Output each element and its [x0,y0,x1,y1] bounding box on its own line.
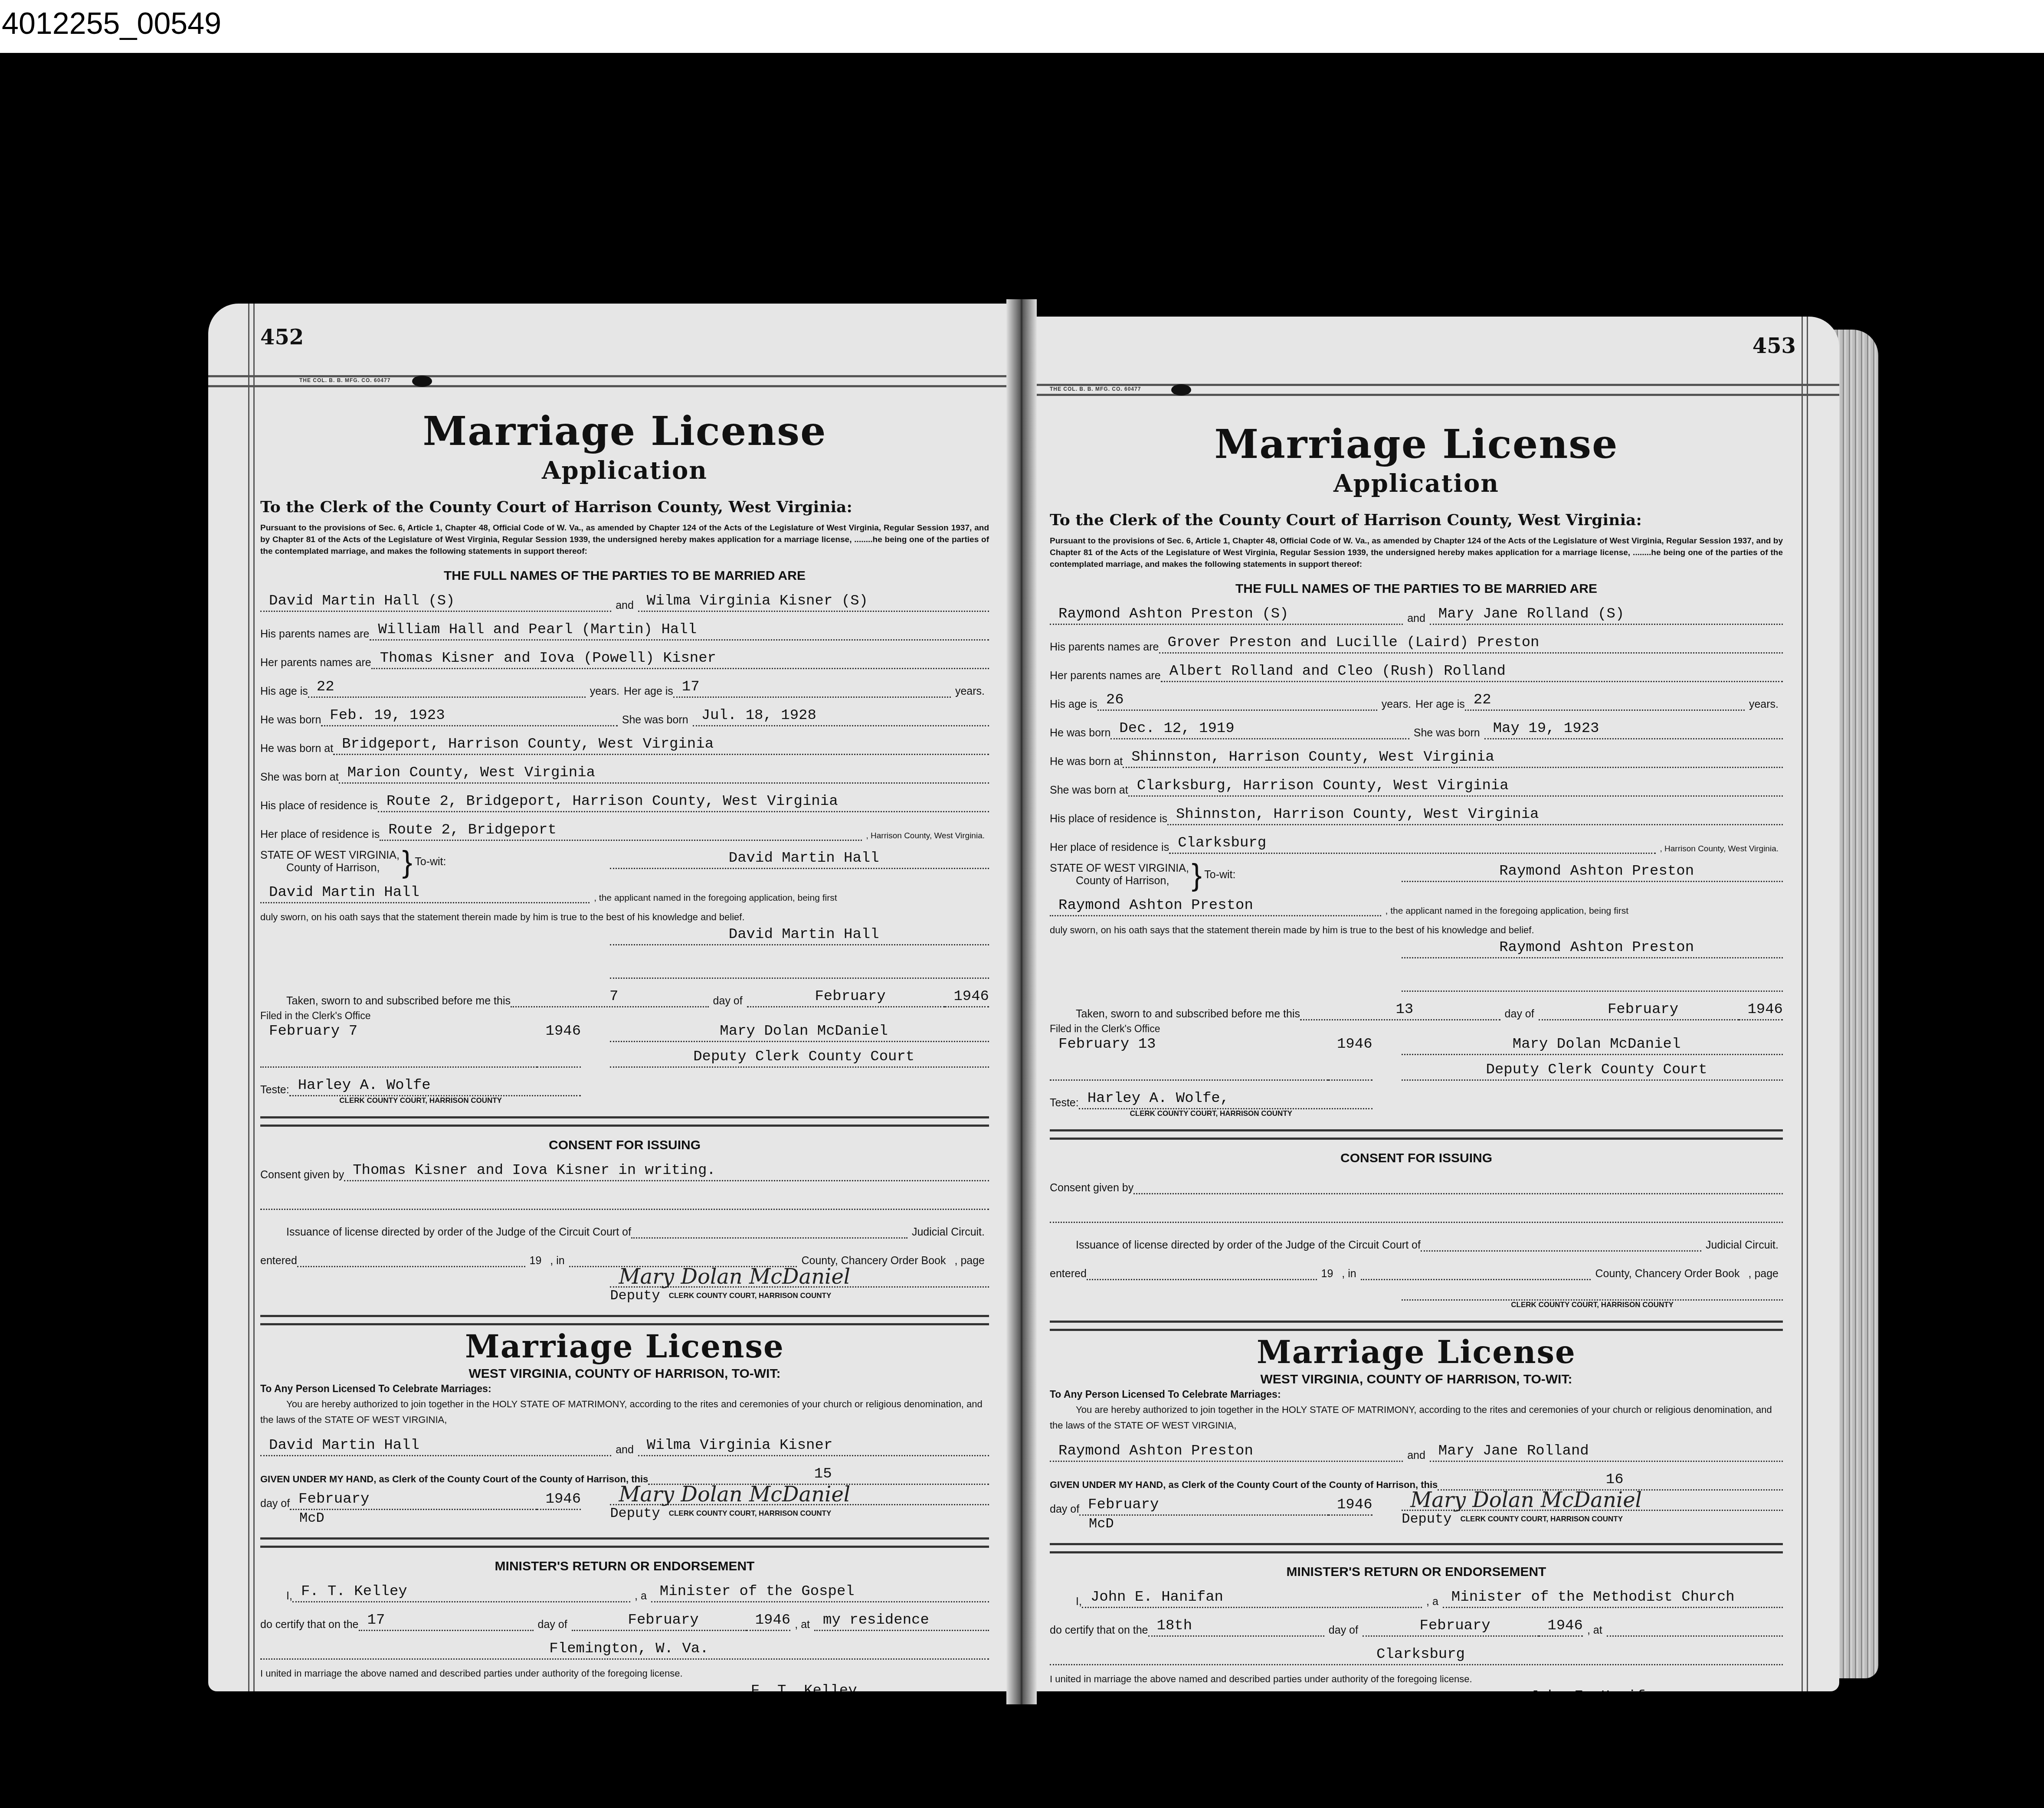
she-born-field[interactable]: Jul. 18, 1928 [693,706,989,726]
oath-section: STATE OF WEST VIRGINIA, County of Harris… [260,849,989,875]
he-born-at-row: He was born at Bridgeport, Harrison Coun… [260,732,989,755]
sworn-year-field[interactable]: 1946 [1739,1000,1783,1020]
he-born-label: He was born [260,714,321,726]
united-text: I united in marriage the above named and… [1050,1671,1783,1687]
she-born-field[interactable]: May 19, 1923 [1484,719,1783,739]
address-line: To the Clerk of the County Court of Harr… [1050,511,1783,529]
applicant-signature-field[interactable]: David Martin Hall [610,849,989,869]
consent-signature-row: CLERK COUNTY COURT, HARRISON COUNTY [1050,1280,1783,1309]
clerk-initials: McD [1050,1516,1372,1532]
teste-row: Teste: Harley A. Wolfe [260,1074,581,1096]
given-row: GIVEN UNDER MY HAND, as Clerk of the Cou… [260,1462,989,1485]
oath-signature-field[interactable]: David Martin Hall [610,925,989,945]
license-subtitle: WEST VIRGINIA, COUNTY OF HARRISON, TO-WI… [260,1367,989,1381]
consent-signature[interactable] [1402,1280,1783,1301]
his-parents-field[interactable]: Grover Preston and Lucille (Laird) Prest… [1159,633,1783,654]
state-block: STATE OF WEST VIRGINIA, County of Harris… [1050,862,1236,888]
consent-row-2 [260,1187,989,1210]
bullet-ornament [1171,384,1191,396]
filed-row: February 131946 Mary Dolan McDaniel Depu… [1050,1035,1783,1081]
and-label: and [616,1444,634,1456]
issuance-row: Issuance of license directed by order of… [260,1216,989,1239]
form-content: Marriage License Application To the Cler… [1050,416,1783,1691]
her-parents-label: Her parents names are [1050,670,1161,682]
his-age-field[interactable]: 22 [308,677,586,698]
clerk-caption: CLERK COUNTY COURT, HARRISON COUNTY [669,1509,832,1518]
consent-row-2 [1050,1200,1783,1223]
and-label: and [1407,1449,1425,1462]
applicant-row: David Martin Hall , the applicant named … [260,881,989,903]
license-title: Marriage License [260,1328,989,1365]
consent-signature-row: Mary Dolan McDaniel DeputyCLERK COUNTY C… [260,1267,989,1304]
she-born-at-row: She was born at Clarksburg, Harrison Cou… [1050,774,1783,797]
ceremony-year-field[interactable]: 1946 [747,1611,791,1631]
minister-name-row: I, F. T. Kelley , a Minister of the Gosp… [260,1580,989,1602]
united-text: I united in marriage the above named and… [260,1666,989,1681]
in-label: , in [550,1255,564,1267]
section-divider [260,1537,989,1548]
sworn-row: Taken, sworn to and subscribed before me… [260,985,989,1007]
consent-label: Consent given by [260,1169,344,1181]
she-born-at-row: She was born at Marion County, West Virg… [260,761,989,784]
her-residence-field[interactable]: Route 2, Bridgeport [380,821,861,841]
years-label: years. [955,685,985,698]
she-born-label: She was born [622,714,688,726]
ceremony-day-field[interactable]: 18th [1148,1616,1324,1637]
day-of-label: day of [1505,1008,1534,1020]
given-month-field[interactable]: February [1079,1495,1328,1516]
her-age-label: Her age is [1415,698,1465,711]
ledger-book: 452 THE COL. B. B. MFG. CO. 60477 Marria… [191,299,1883,1704]
his-age-label: His age is [260,685,308,698]
license-body: You are hereby authorized to join togeth… [260,1396,989,1428]
her-residence-label: Her place of residence is [260,828,380,841]
form-subtitle: Application [260,456,989,485]
day-of-label: day of [538,1618,567,1631]
given-day-field[interactable]: 16 [1438,1470,1783,1491]
consent-label: Consent given by [1050,1182,1133,1194]
his-residence-label: His place of residence is [1050,813,1167,825]
she-born-at-field[interactable]: Clarksburg, Harrison County, West Virgin… [1128,776,1783,797]
his-residence-row: His place of residence is Route 2, Bridg… [260,790,989,812]
her-residence-label: Her place of residence is [1050,841,1169,854]
license-salutation: To Any Person Licensed To Celebrate Marr… [1050,1389,1783,1400]
county-label: County of Harrison, [260,862,400,874]
he-born-label: He was born [1050,727,1110,739]
towit-label: To-wit: [1204,869,1235,881]
entered-field[interactable] [1087,1260,1317,1280]
filed-date-field[interactable]: February 13 [1050,1035,1328,1081]
his-age-label: His age is [1050,698,1097,711]
years-label: years. [1749,698,1779,711]
license-bride-field[interactable]: Mary Jane Rolland [1430,1442,1783,1462]
nineteen-label: 19 [530,1255,542,1267]
license-groom-field[interactable]: Raymond Ashton Preston [1050,1442,1403,1462]
margin-line [1802,317,1803,1691]
a-label: , a [1426,1595,1438,1608]
ceremony-month-field[interactable]: February [1363,1616,1539,1637]
ceremony-at-field[interactable] [1607,1616,1783,1637]
he-born-field[interactable]: Feb. 19, 1923 [321,706,617,726]
minister-signature-field[interactable]: F. T. Kelley [610,1681,989,1691]
he-born-at-field[interactable]: Bridgeport, Harrison County, West Virgin… [333,735,989,755]
her-parents-field[interactable]: Thomas Kisner and Iova (Powell) Kisner [371,649,989,669]
filed-year-field[interactable]: 1946 [1328,1035,1372,1081]
his-parents-label: His parents names are [260,628,370,641]
ceremony-day-field[interactable]: 17 [359,1611,534,1631]
his-parents-field[interactable]: William Hall and Pearl (Martin) Hall [370,620,989,641]
she-born-label: She was born [1414,727,1480,739]
teste-label: Teste: [260,1084,289,1096]
his-residence-field[interactable]: Shinnston, Harrison County, West Virgini… [1167,805,1783,825]
ceremony-date-row: do certify that on the 18th day of Febru… [1050,1614,1783,1637]
at-label: , at [795,1618,810,1631]
margin-line [248,304,249,1691]
consent-field[interactable]: Thomas Kisner and Iova Kisner in writing… [344,1161,989,1181]
license-parties-row: David Martin Hall and Wilma Virginia Kis… [260,1434,989,1456]
and-label: and [1407,612,1425,625]
he-born-field[interactable]: Dec. 12, 1919 [1110,719,1409,739]
state-label: STATE OF WEST VIRGINIA, [1050,862,1189,875]
sworn-label: Taken, sworn to and subscribed before me… [260,995,511,1007]
nineteen-label: 19 [1321,1268,1333,1280]
sworn-day-field[interactable]: 7 [511,987,709,1007]
form-content: Marriage License Application To the Cler… [260,403,989,1691]
his-residence-label: His place of residence is [260,800,378,812]
applicant-suffix: , the applicant named in the foregoing a… [1386,906,1628,916]
ceremony-at-field[interactable]: my residence [814,1611,989,1631]
bullet-ornament [412,376,432,387]
bride-name-field[interactable]: Mary Jane Rolland (S) [1430,605,1783,625]
he-born-at-field[interactable]: Shinnston, Harrison County, West Virgini… [1123,748,1783,768]
minister-signature-row: F. T. Kelley [260,1681,989,1691]
given-row: GIVEN UNDER MY HAND, as Clerk of the Cou… [1050,1468,1783,1491]
teste-caption: CLERK COUNTY COURT, HARRISON COUNTY [260,1096,581,1105]
state-block: STATE OF WEST VIRGINIA, County of Harris… [260,849,446,875]
clerk-name-field[interactable]: Mary Dolan McDaniel [1402,1035,1783,1055]
page-label: , page [955,1255,985,1267]
filed-row: February 71946 Mary Dolan McDaniel Deput… [260,1022,989,1068]
sworn-label: Taken, sworn to and subscribed before me… [1050,1008,1300,1020]
issuance-label: Issuance of license directed by order of… [1050,1239,1421,1252]
groom-name-field[interactable]: Raymond Ashton Preston (S) [1050,605,1403,625]
county-field[interactable] [1361,1260,1591,1280]
section-divider [260,1116,989,1127]
oath-signature-row: Raymond Ashton Preston [1050,938,1783,992]
applicant-row: Raymond Ashton Preston , the applicant n… [1050,894,1783,916]
clerk-caption: CLERK COUNTY COURT, HARRISON COUNTY [1402,1301,1783,1309]
minister-name-field[interactable]: F. T. Kelley [292,1582,630,1602]
oath-text: duly sworn, on his oath says that the st… [1050,922,1783,938]
issuance-row: Issuance of license directed by order of… [1050,1229,1783,1252]
and-label: and [616,599,634,612]
entered-label: entered [260,1255,297,1267]
printer-mark: THE COL. B. B. MFG. CO. 60477 [1050,386,1141,392]
printer-mark: THE COL. B. B. MFG. CO. 60477 [299,377,390,383]
sworn-month-field[interactable]: February [1539,1000,1739,1020]
ceremony-place-field[interactable]: Flemington, W. Va. [260,1639,989,1660]
minister-heading: MINISTER'S RETURN OR ENDORSEMENT [1050,1565,1783,1579]
page-452: 452 THE COL. B. B. MFG. CO. 60477 Marria… [208,304,1015,1691]
section-divider [260,1315,989,1325]
page-453: 453 THE COL. B. B. MFG. CO. 60477 Marria… [1032,317,1839,1691]
years-label: years. [590,685,619,698]
she-born-at-label: She was born at [260,771,339,784]
judicial-circuit-label: Judicial Circuit. [912,1226,985,1239]
given-date-row: day ofFebruary1946 McD Mary Dolan McDani… [260,1485,989,1526]
clerk-title-field[interactable]: Deputy Clerk County Court [1402,1060,1783,1081]
parties-heading: THE FULL NAMES OF THE PARTIES TO BE MARR… [260,569,989,583]
teste-caption: CLERK COUNTY COURT, HARRISON COUNTY [1050,1109,1372,1118]
given-label: GIVEN UNDER MY HAND, as Clerk of the Cou… [1050,1479,1438,1491]
bride-name-field[interactable]: Wilma Virginia Kisner (S) [638,592,989,612]
filed-year-field[interactable]: 1946 [537,1022,581,1068]
form-title: Marriage License [1050,421,1783,468]
her-parents-row: Her parents names are Thomas Kisner and … [260,647,989,669]
given-label: GIVEN UNDER MY HAND, as Clerk of the Cou… [260,1474,648,1485]
she-born-at-field[interactable]: Marion County, West Virginia [339,763,989,784]
day-of-label: day of [1050,1503,1079,1516]
certify-label: do certify that on the [260,1618,359,1631]
issuance-label: Issuance of license directed by order of… [260,1226,631,1239]
entered-row: entered 19 , in County, Chancery Order B… [260,1245,989,1267]
judicial-circuit-label: Judicial Circuit. [1706,1239,1779,1252]
ages-row: His age is 22 years. Her age is 17 years… [260,675,989,698]
license-parties-row: Raymond Ashton Preston and Mary Jane Rol… [1050,1439,1783,1462]
her-age-field[interactable]: 17 [673,677,951,698]
image-id-bar: 4012255_00549 [0,0,2044,53]
i-label: I, [260,1590,292,1602]
license-signature[interactable]: Mary Dolan McDaniel [610,1485,989,1505]
brace-icon: } [402,849,412,875]
sworn-day-field[interactable]: 13 [1300,1000,1500,1020]
his-age-field[interactable]: 26 [1097,690,1377,711]
consent-field-2[interactable] [260,1190,989,1210]
address-line: To the Clerk of the County Court of Harr… [260,498,989,516]
given-year-field[interactable]: 1946 [537,1490,581,1510]
he-born-at-row: He was born at Shinnston, Harrison Count… [1050,745,1783,768]
consent-row: Consent given by Thomas Kisner and Iova … [260,1159,989,1181]
minister-heading: MINISTER'S RETURN OR ENDORSEMENT [260,1559,989,1574]
given-year-field[interactable]: 1946 [1328,1495,1372,1516]
minister-name-field[interactable]: John E. Hanifan [1082,1588,1422,1608]
entered-label: entered [1050,1268,1087,1280]
filed-label: Filed in the Clerk's Office [1050,1023,1783,1035]
ages-row: His age is 26 years. Her age is 22 years… [1050,688,1783,711]
ceremony-place-row: Flemington, W. Va. [260,1637,989,1660]
circuit-field[interactable] [1421,1231,1701,1252]
day-of-label: day of [713,995,743,1007]
clerk-initials: McD [260,1510,581,1526]
license-groom-field[interactable]: David Martin Hall [260,1436,611,1456]
groom-name-field[interactable]: David Martin Hall (S) [260,592,611,612]
brace-icon: } [1192,862,1202,888]
license-bride-field[interactable]: Wilma Virginia Kisner [638,1436,989,1456]
years-label: years. [1382,698,1411,711]
applicant-suffix: , the applicant named in the foregoing a… [594,893,837,903]
her-residence-row: Her place of residence is Route 2, Bridg… [260,818,989,841]
a-label: , a [635,1590,647,1602]
filed-date-field[interactable]: February 7 [260,1022,537,1068]
ceremony-place-row: Clarksburg [1050,1643,1783,1665]
entered-field[interactable] [297,1247,525,1267]
deputy-label: Deputy [610,1505,660,1521]
margin-line [253,304,255,1691]
county-suffix-label: , Harrison County, West Virginia. [1660,844,1779,854]
sworn-row: Taken, sworn to and subscribed before me… [1050,998,1783,1020]
he-born-at-label: He was born at [1050,755,1123,768]
her-residence-field[interactable]: Clarksburg [1169,834,1655,854]
sworn-year-field[interactable]: 1946 [945,987,989,1007]
teste-field[interactable]: Harley A. Wolfe [289,1076,581,1096]
consent-field[interactable] [1133,1174,1783,1194]
parties-row: David Martin Hall (S) and Wilma Virginia… [260,589,989,612]
oath-signature-field[interactable]: Raymond Ashton Preston [1402,938,1783,958]
license-body: You are hereby authorized to join togeth… [1050,1402,1783,1433]
parties-heading: THE FULL NAMES OF THE PARTIES TO BE MARR… [1050,582,1783,596]
section-divider [1050,1129,1783,1140]
day-of-label: day of [260,1497,290,1510]
parties-row: Raymond Ashton Preston (S) and Mary Jane… [1050,602,1783,625]
ceremony-year-field[interactable]: 1946 [1539,1616,1583,1637]
county-order-label: County, Chancery Order Book [1595,1268,1739,1280]
oath-text: duly sworn, on his oath says that the st… [260,909,989,925]
his-parents-row: His parents names are William Hall and P… [260,618,989,641]
clerk-name-field[interactable]: Mary Dolan McDaniel [610,1022,989,1042]
entered-row: entered 19 , in County, Chancery Order B… [1050,1258,1783,1280]
her-age-label: Her age is [624,685,673,698]
consent-row: Consent given by [1050,1172,1783,1194]
applicant-signature-field[interactable]: Raymond Ashton Preston [1402,862,1783,882]
minister-name-row: I, John E. Hanifan , a Minister of the M… [1050,1586,1783,1608]
his-parents-label: His parents names are [1050,641,1159,654]
he-born-at-label: He was born at [260,742,333,755]
image-id-label: 4012255_00549 [2,6,221,41]
page-number: 452 [260,325,304,350]
blank-signature-line[interactable] [610,958,989,979]
oath-section: STATE OF WEST VIRGINIA, County of Harris… [1050,862,1783,888]
births-row: He was born Dec. 12, 1919 She was born M… [1050,717,1783,739]
license-salutation: To Any Person Licensed To Celebrate Marr… [260,1383,989,1395]
county-field[interactable] [569,1247,797,1267]
county-suffix-label: , Harrison County, West Virginia. [866,831,985,841]
ceremony-place-field[interactable]: Clarksburg [1050,1645,1783,1665]
teste-field[interactable]: Harley A. Wolfe, [1079,1089,1372,1109]
minister-title-field[interactable]: Minister of the Gospel [651,1582,989,1602]
deputy-label: Deputy [610,1288,660,1304]
teste-label: Teste: [1050,1097,1079,1109]
at-label: , at [1587,1624,1602,1637]
ceremony-date-row: do certify that on the 17 day of Februar… [260,1609,989,1631]
day-of-label: day of [1329,1624,1358,1637]
deputy-label: Deputy [1402,1511,1451,1527]
oath-signature-row: David Martin Hall [260,925,989,979]
sworn-month-field[interactable]: February [747,987,945,1007]
his-residence-row: His place of residence is Shinnston, Har… [1050,803,1783,825]
county-label: County of Harrison, [1050,875,1189,887]
her-residence-row: Her place of residence is Clarksburg , H… [1050,831,1783,854]
margin-line [1807,317,1808,1691]
her-parents-label: Her parents names are [260,657,371,669]
page-number: 453 [1752,334,1796,358]
her-age-field[interactable]: 22 [1465,690,1745,711]
teste-row: Teste: Harley A. Wolfe, [1050,1087,1372,1109]
she-born-at-label: She was born at [1050,784,1128,797]
given-day-field[interactable]: 15 [648,1465,989,1485]
ceremony-month-field[interactable]: February [572,1611,747,1631]
in-label: , in [1342,1268,1356,1280]
given-date-row: day ofFebruary1946 McD Mary Dolan McDani… [1050,1491,1783,1532]
top-rule [1032,384,1839,396]
minister-title-field[interactable]: Minister of the Methodist Church [1443,1588,1783,1608]
form-subtitle: Application [1050,469,1783,498]
his-residence-field[interactable]: Route 2, Bridgeport, Harrison County, We… [378,792,989,812]
certify-label: do certify that on the [1050,1624,1148,1637]
her-parents-field[interactable]: Albert Rolland and Cleo (Rush) Rolland [1161,662,1783,682]
consent-signature[interactable]: Mary Dolan McDaniel [610,1267,989,1288]
circuit-field[interactable] [631,1218,907,1239]
state-label: STATE OF WEST VIRGINIA, [260,849,400,862]
consent-heading: CONSENT FOR ISSUING [1050,1151,1783,1166]
form-title: Marriage License [260,408,989,454]
births-row: He was born Feb. 19, 1923 She was born J… [260,704,989,726]
preamble: Pursuant to the provisions of Sec. 6, Ar… [260,522,989,557]
section-divider [1050,1321,1783,1331]
clerk-caption: CLERK COUNTY COURT, HARRISON COUNTY [669,1291,832,1300]
blank-signature-line[interactable] [1402,971,1783,992]
applicant-field[interactable]: David Martin Hall [260,883,590,903]
her-parents-row: Her parents names are Albert Rolland and… [1050,660,1783,682]
filed-label: Filed in the Clerk's Office [260,1010,989,1022]
license-title: Marriage License [1050,1334,1783,1370]
book-gutter [1006,299,1037,1704]
i-label: I, [1050,1595,1082,1608]
preamble: Pursuant to the provisions of Sec. 6, Ar… [1050,535,1783,570]
consent-field-2[interactable] [1050,1203,1783,1223]
license-subtitle: WEST VIRGINIA, COUNTY OF HARRISON, TO-WI… [1050,1372,1783,1387]
towit-label: To-wit: [415,856,446,868]
consent-heading: CONSENT FOR ISSUING [260,1138,989,1153]
page-label: , page [1749,1268,1779,1280]
clerk-caption: CLERK COUNTY COURT, HARRISON COUNTY [1460,1515,1623,1524]
clerk-title-field[interactable]: Deputy Clerk County Court [610,1047,989,1068]
given-month-field[interactable]: February [290,1490,537,1510]
minister-signature-row: John E. Hanifan [1050,1687,1783,1691]
his-parents-row: His parents names are Grover Preston and… [1050,631,1783,654]
section-divider [1050,1543,1783,1553]
applicant-field[interactable]: Raymond Ashton Preston [1050,896,1381,916]
minister-signature-field[interactable]: John E. Hanifan [1402,1687,1783,1691]
license-signature[interactable]: Mary Dolan McDaniel [1402,1491,1783,1511]
